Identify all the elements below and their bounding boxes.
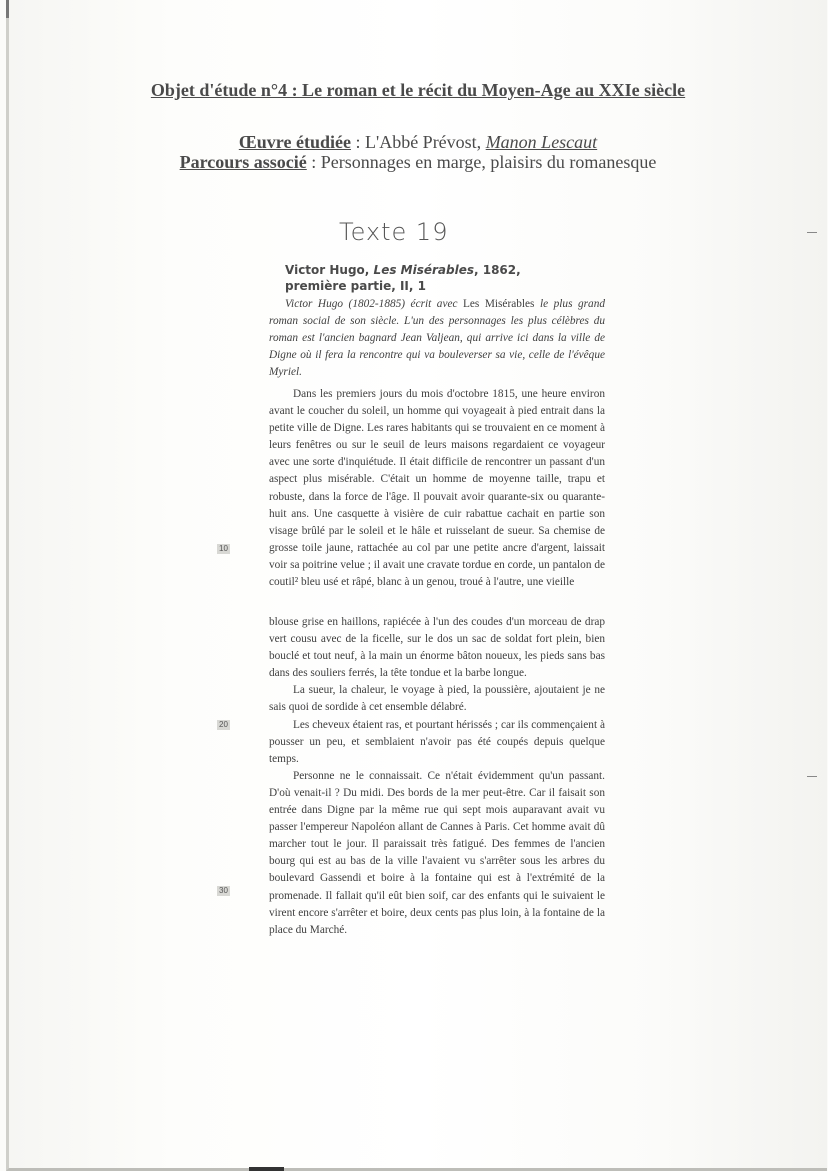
oeuvre-book: Manon Lescaut	[486, 132, 598, 152]
excerpt-paragraph: Les cheveux étaient ras, et pourtant hér…	[269, 717, 605, 768]
handwritten-text-number: Texte 19	[339, 218, 448, 246]
excerpt-part1: Dans les premiers jours du mois d'octobr…	[269, 386, 605, 591]
source-reference: première partie, II, 1	[285, 279, 426, 293]
oeuvre-line: Œuvre étudiée : L'Abbé Prévost, Manon Le…	[9, 132, 827, 153]
binder-mark	[249, 1167, 284, 1171]
study-object-title: Objet d'étude n°4 : Le roman et le récit…	[9, 80, 827, 101]
parcours-line: Parcours associé : Personnages en marge,…	[9, 152, 827, 173]
parcours-value: : Personnages en marge, plaisirs du roma…	[307, 152, 657, 172]
source-work: Les Misérables	[374, 263, 474, 277]
edge-tick	[807, 776, 817, 777]
line-number: 30	[217, 886, 230, 896]
source-year: , 1862,	[474, 263, 521, 277]
edge-tick	[807, 232, 817, 233]
study-object-title-text: Objet d'étude n°4 : Le roman et le récit…	[151, 80, 685, 100]
excerpt-paragraph: blouse grise en haillons, rapiécée à l'u…	[269, 614, 605, 682]
oeuvre-label: Œuvre étudiée	[239, 132, 351, 152]
excerpt-paragraph: Personne ne le connaissait. Ce n'était é…	[269, 768, 605, 939]
source-citation: Victor Hugo, Les Misérables, 1862, premi…	[285, 262, 521, 294]
intro-part1: Victor Hugo (1802-1885) écrit avec	[285, 298, 463, 310]
scanned-page: Objet d'étude n°4 : Le roman et le récit…	[6, 0, 827, 1171]
oeuvre-author: : L'Abbé Prévost,	[351, 132, 486, 152]
intro-paragraph: Victor Hugo (1802-1885) écrit avec Les M…	[269, 296, 605, 381]
excerpt-paragraph: La sueur, la chaleur, le voyage à pied, …	[269, 682, 605, 716]
excerpt-paragraph: Dans les premiers jours du mois d'octobr…	[269, 386, 605, 591]
intro-work: Les Misérables	[463, 298, 534, 310]
intro-part2: le plus grand roman social de son siècle…	[269, 298, 605, 378]
source-author: Victor Hugo,	[285, 263, 374, 277]
line-number: 20	[217, 720, 230, 730]
excerpt-part2: blouse grise en haillons, rapiécée à l'u…	[269, 614, 605, 939]
line-number: 10	[217, 544, 230, 554]
parcours-label: Parcours associé	[180, 152, 307, 172]
